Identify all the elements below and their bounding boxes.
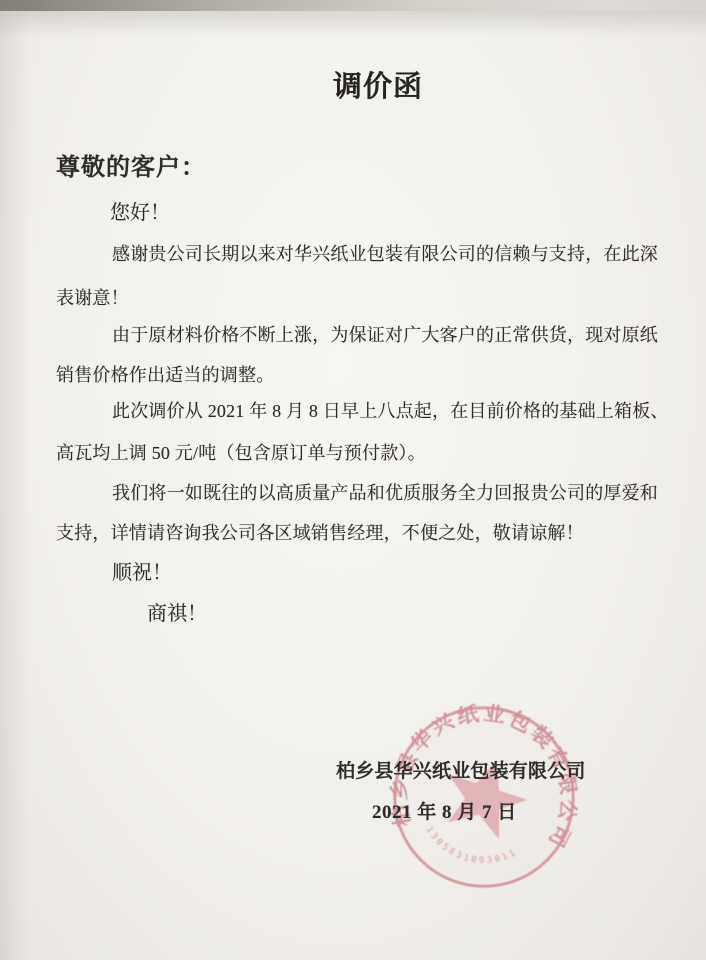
- photo-top-shadow-fade: [0, 11, 706, 37]
- letter-title: 调价函: [333, 64, 423, 105]
- paragraph-3-line-2: 高瓦均上调 50 元/吨（包含原订单与预付款）。: [56, 439, 426, 465]
- closing-wish: 顺祝！: [112, 556, 172, 585]
- paragraph-2-line-1: 由于原材料价格不断上涨，为保证对广大客户的正常供货，现对原纸: [112, 321, 658, 347]
- paragraph-1-line-2: 表谢意！: [56, 284, 129, 310]
- paragraph-4-line-2: 支持，详情请咨询我公司各区域销售经理，不便之处，敬请谅解！: [56, 519, 584, 545]
- paragraph-3-line-1: 此次调价从 2021 年 8 月 8 日早上八点起，在目前价格的基础上箱板、: [112, 397, 669, 423]
- greeting-line: 您好！: [110, 196, 170, 225]
- salutation: 尊敬的客户：: [56, 147, 206, 182]
- photo-left-vignette: [0, 0, 30, 960]
- letter-page: 调价函 尊敬的客户： 您好！ 感谢贵公司长期以来对华兴纸业包装有限公司的信赖与支…: [0, 0, 706, 960]
- signature-company-name: 柏乡县华兴纸业包装有限公司: [336, 756, 586, 783]
- closing-regards: 商祺！: [147, 597, 207, 626]
- paragraph-2-line-2: 销售价格作出适当的调整。: [56, 361, 274, 387]
- photo-top-shadow: [0, 0, 706, 11]
- paragraph-1-line-1: 感谢贵公司长期以来对华兴纸业包装有限公司的信赖与支持，在此深: [112, 240, 658, 266]
- paragraph-4-line-1: 我们将一如既往的以高质量产品和优质服务全力回报贵公司的厚爱和: [112, 479, 658, 505]
- signature-date: 2021 年 8 月 7 日: [372, 797, 517, 824]
